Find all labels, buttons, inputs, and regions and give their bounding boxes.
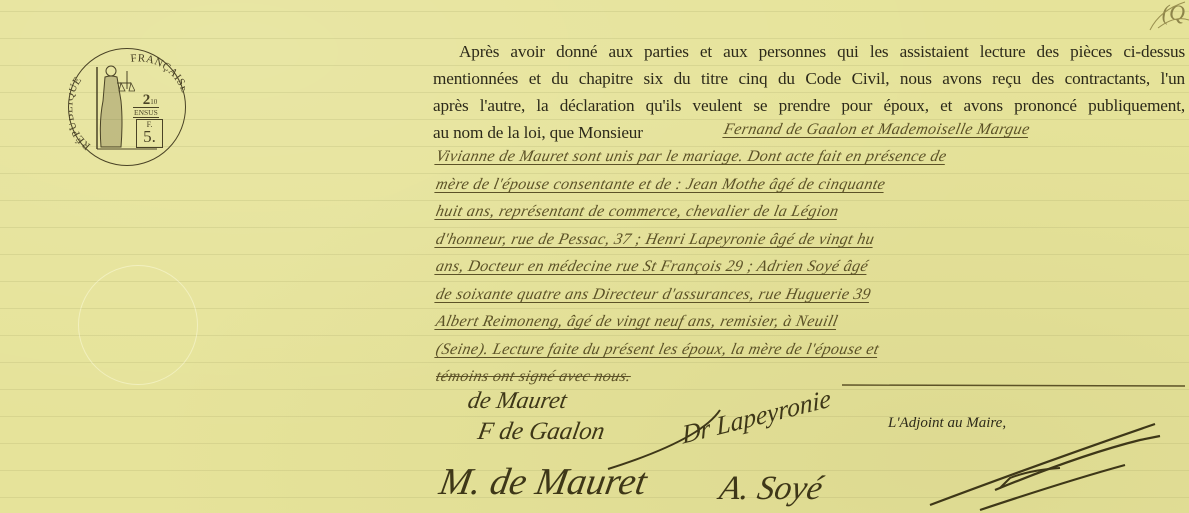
signature-dr-lapeyronie: Dr Lapeyronie	[681, 383, 831, 450]
stamp-value-fraction: 10	[150, 98, 157, 106]
signature-a-soye: A. Soyé	[717, 470, 826, 508]
stamp-census-label: ENSUS	[133, 107, 159, 118]
page-number-mark: (Q	[1162, 0, 1185, 26]
embossed-seal-ghost	[78, 265, 198, 385]
printed-line-1: Après avoir donné aux parties et aux per…	[433, 38, 1185, 65]
handwritten-line-10: de soixante quatre ans Directeur d'assur…	[434, 286, 872, 304]
printed-line-3: après l'autre, la déclaration qu'ils veu…	[433, 92, 1185, 119]
revenue-stamp: RÉPUBLIQUE FRANÇAISE 210 ENSUS F. 5.	[68, 48, 186, 166]
handwritten-line-13: témoins ont signé avec nous.	[434, 368, 633, 386]
svg-text:RÉPUBLIQUE: RÉPUBLIQUE	[69, 75, 93, 152]
stamp-franc-value: 5.	[137, 129, 162, 145]
signature-m-de-mauret: M. de Mauret	[436, 460, 650, 504]
handwritten-line-8: d'honneur, rue de Pessac, 37 ; Henri Lap…	[434, 231, 876, 249]
signature-de-mauret-1: de Mauret	[466, 388, 569, 415]
handwritten-line-11: Albert Reimoneng, âgé de vingt neuf ans,…	[434, 313, 839, 331]
handwritten-line-9: ans, Docteur en médecine rue St François…	[434, 258, 870, 276]
justice-figure-icon	[91, 61, 135, 153]
handwritten-line-6: mère de l'épouse consentante et de : Jea…	[434, 176, 887, 194]
officer-title-label: L'Adjoint au Maire,	[888, 415, 1006, 432]
handwritten-line-12: (Seine). Lecture faite du présent les ép…	[434, 341, 881, 359]
signature-f-de-gaalon: F de Gaalon	[476, 418, 607, 446]
handwritten-line-5: Vivianne de Mauret sont unis par le mari…	[434, 148, 948, 166]
svg-text:FRANÇAISE: FRANÇAISE	[130, 52, 185, 94]
stamp-franc-box: F. 5.	[136, 119, 163, 148]
handwritten-line-7: huit ans, représentant de commerce, chev…	[434, 203, 840, 221]
printed-line-2: mentionnées et du chapitre six du titre …	[433, 65, 1185, 92]
handwritten-line-4: Fernand de Gaalon et Mademoiselle Margue	[722, 121, 1031, 139]
stamp-text-francaise: FRANÇAISE	[130, 52, 185, 94]
stamp-text-republique: RÉPUBLIQUE	[69, 75, 93, 152]
